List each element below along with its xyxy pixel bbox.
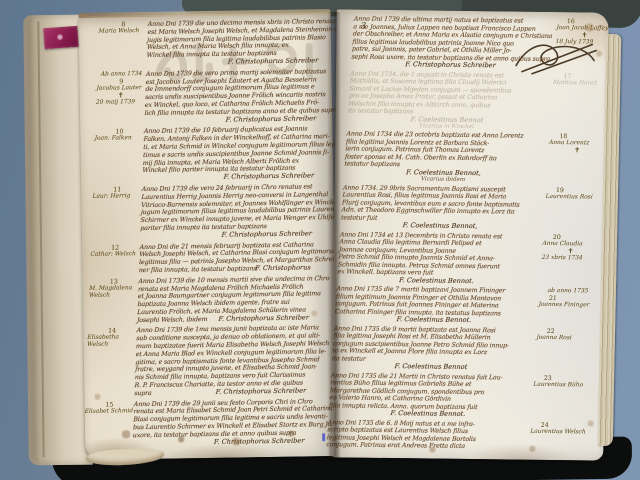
entry-body: Anno Dni 1735 die 9 martii baptizata est… (331, 325, 533, 372)
entry-margin: 14Elisabetha Welsch (82, 328, 137, 399)
entry-body: Anno Dni die 21 mensis februarij baptiza… (139, 241, 328, 275)
priest-signature-role: Vicarius in Winckel (347, 122, 546, 131)
entry-margin: 19Laurentius Rosi (539, 187, 603, 233)
entry-margin: 12Cathar: Welsch (87, 244, 140, 276)
entry-body: Anno Dni 1739 die 29 junii seu festo Cor… (132, 398, 322, 448)
priest-signature: F. Coelestinus Bennot. (328, 410, 527, 420)
register-entry: 13M. Magdalena WelschAnno Dni 1739 die 1… (85, 275, 327, 326)
margin-date: 20 maij 1739 (96, 99, 145, 107)
register-entry: Anno Dni 1735 die 7 martii baptizavi Joa… (334, 286, 596, 327)
margin-name: Laurentius Büho (533, 382, 590, 390)
entry-body: Anno Dni 1739 die ultima martij natus et… (351, 16, 553, 71)
margin-name: Mathias Hanct (553, 80, 610, 88)
margin-date: 18 July 1739 (555, 39, 612, 47)
entry-margin: 10Joan: Falken (90, 128, 144, 183)
register-entry: 8Maria WelschAnno Dni 1739 die uno decim… (94, 18, 336, 69)
entry-body: Anno Dni 1739 die uno decimo mensis xbri… (146, 18, 336, 68)
entry-margin: 8Maria Welsch (94, 21, 148, 69)
register-entry: 14Elisabetha WelschAnno Dni 1739 die 1ma… (82, 325, 325, 399)
entry-margin: 16Joan Jacob Laffey✝18 July 1739 (550, 18, 614, 71)
margin-cross-icon: ✝ (548, 147, 605, 155)
entry-margin: 20Anna Claudia✝23 xbris 1734 (536, 234, 600, 287)
priest-signature: F. Coelestinus Bennot. (334, 316, 533, 326)
entry-body: Anno Dni 1735 die 21 Martii in Christo r… (328, 372, 530, 419)
margin-note-above: ab anno 1735 (539, 288, 596, 296)
ribbon-highlight (57, 34, 63, 40)
margin-name: Elisabet Schmid (84, 408, 133, 416)
entry-body: Anno Dni 1735 die 7 martii baptizavi Joa… (334, 286, 535, 326)
entry-body: Anno Dni 1739 die 10 mensis martii sive … (137, 275, 327, 325)
margin-name: Joan: Falken (94, 135, 143, 143)
book-spine-gutter (327, 12, 341, 458)
page-stains-left (79, 16, 81, 18)
margin-name: Cathar: Welsch (90, 251, 139, 259)
margin-name: Joanna Rosi (536, 335, 593, 343)
cover-crease-line (37, 21, 44, 457)
entry-body: Anno Dni 1735 die 6. 8 Maij natus et a m… (326, 419, 527, 451)
entry-body: Anno Dni 1739 die vero prima martij sole… (144, 68, 334, 126)
left-page-text: 8Maria WelschAnno Dni 1739 die uno decim… (74, 12, 342, 460)
entry-margin: 13M. Magdalena Welsch (85, 278, 139, 326)
margin-name: Maria Welsch (98, 28, 147, 36)
priest-signature: F. Coelestinus Bennot. (337, 276, 536, 286)
register-entry: Anno Dni 1735 die 6. 8 Maij natus et a m… (326, 419, 588, 452)
margin-date: 23 xbris 1734 (541, 255, 598, 263)
photo-of-baptismal-register: 8Maria WelschAnno Dni 1739 die uno decim… (0, 0, 640, 480)
entry-margin: 23Laurentius Büho (527, 375, 591, 421)
register-entry: Anno Dni 1734 die 23 octobris baptizata … (343, 131, 606, 186)
margin-name: Laurentius Rosi (545, 194, 602, 202)
margin-name: Laurentius Welsch (530, 429, 587, 437)
manuscript-line: conjugum. Patrinus erat Andreas Fretta d… (326, 442, 525, 452)
entry-body: Anno Dni 1739 die 1ma mensis junii bapti… (134, 325, 325, 398)
register-entry: Anno Dni 1735 die 9 martii baptizata est… (331, 325, 594, 373)
entry-body: Anno Dni 1739 die vero 24 februarij in C… (140, 183, 330, 241)
register-entry: 15Elisabet SchmidAnno Dni 1739 die 29 ju… (80, 398, 322, 449)
margin-name: Joannes Fininger (538, 302, 595, 310)
ribbon-bookmark (43, 26, 78, 49)
register-entry: Anno 1734. 29 9bris Sacramentum Baptismi… (340, 184, 603, 232)
entry-margin: 17Mathias Hanct (546, 72, 611, 132)
entry-margin: 24Laurentius Welsch (525, 422, 588, 453)
entry-body: Anno Dni 1734, die 1 augusti in Christo … (347, 70, 550, 131)
register-entry: 11Laur: HerrigAnno Dni 1739 die vero 24 … (88, 183, 330, 241)
entry-margin: 15Elisabet Schmid (80, 401, 134, 449)
priest-signature: F. Coelestinus Bennot (331, 363, 530, 373)
margin-name: Laur: Herrig (92, 193, 141, 201)
entry-margin: 22Joanna Rosi (530, 328, 594, 374)
priest-signature-role: Vicarius ibidem (343, 176, 542, 185)
entry-margin: 11Laur: Herrig (88, 186, 142, 241)
entry-body: Anno Dni 1734 et 13 Decembris in Christo… (337, 231, 539, 286)
entry-margin: ab anno 173521Joannes Fininger (533, 288, 596, 326)
register-entry: 10Joan: FalkenAnno Dni 1739 die 10 febru… (90, 125, 332, 183)
entry-body: Anno Dni 1734 die 23 octobris baptizata … (343, 131, 545, 185)
margin-name: M. Magdalena Welsch (89, 285, 139, 300)
priest-signature: F. Coelestinus Bennot, (340, 222, 539, 232)
entry-margin: Ab anno 17349Jacobus Lauter✝20 maij 1739 (92, 71, 146, 126)
entry-body: Anno 1734. 29 9bris Sacramentum Baptismi… (340, 184, 542, 231)
register-entry: Anno Dni 1734, die 1 augusti in Christo … (347, 70, 611, 132)
margin-name: Elisabetha Welsch (87, 335, 137, 350)
entry-margin: 18Anna Lorentz✝ (542, 133, 606, 185)
entry-body: Anno Dni 1739 die 10 februarij duplicatu… (142, 125, 332, 183)
register-entry: Anno Dni 1739 die ultima martij natus et… (351, 16, 614, 72)
left-manuscript-page: 8Maria WelschAnno Dni 1739 die uno decim… (79, 12, 338, 460)
register-entry: Anno Dni 1735 die 21 Martii in Christo r… (328, 372, 591, 420)
register-entry: Anno Dni 1734 et 13 Decembris in Christo… (337, 231, 600, 287)
right-page-text: Anno Dni 1739 die ultima martij natus et… (320, 9, 621, 460)
right-manuscript-page: 3 Anno Dni 1739 die ultima martij natus … (331, 9, 608, 460)
register-entry: Ab anno 17349Jacobus Lauter✝20 maij 1739… (92, 68, 334, 126)
register-entry: 12Cathar: WelschAnno Dni die 21 mensis f… (87, 241, 328, 276)
